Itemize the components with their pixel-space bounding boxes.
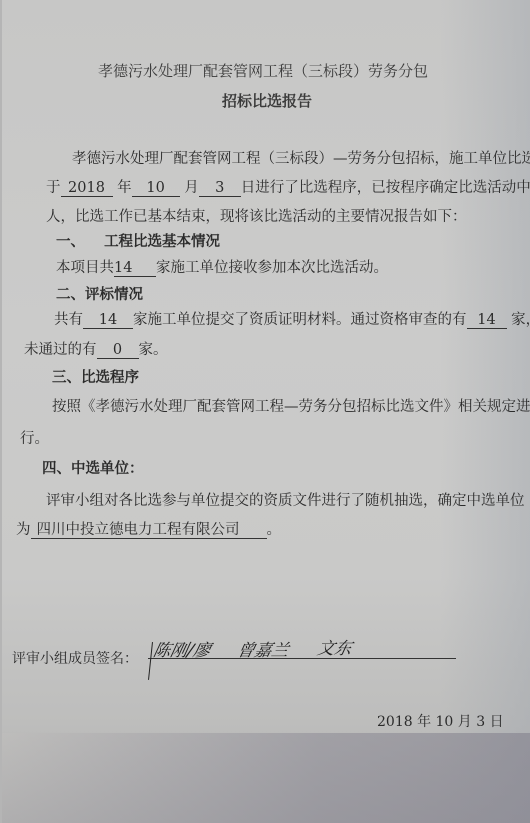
units-invited-count: 14 [114, 260, 156, 277]
section-2-suffix: 家， [511, 312, 530, 328]
intro-line-3: 人，比选工作已基本结束，现将该比选活动的主要情况报告如下： [46, 205, 467, 226]
section-1-prefix: 本项目共 [56, 260, 114, 276]
page-shadow [0, 733, 530, 823]
signature-2: 曾嘉兰 [235, 636, 291, 661]
section-3-heading: 三、比选程序 [52, 366, 139, 387]
section-1-heading: 一、 工程比选基本情况 [56, 230, 220, 251]
year-unit: 年 [117, 180, 132, 196]
section-2-line-1: 共有14家施工单位提交了资质证明材料。通过资格审查的有14 家， [54, 308, 530, 329]
month-unit: 月 [184, 180, 199, 196]
section-3-line-2: 行。 [20, 427, 49, 448]
signature-stroke [148, 642, 153, 680]
signature-3: 文东 [315, 634, 354, 659]
section-2-mid: 家施工单位提交了资质证明材料。通过资格审查的有 [133, 312, 467, 328]
intro-line-2: 于2018 年10 月3日进行了比选程序，已按程序确定比选活动中标 [46, 176, 530, 197]
section-1-text: 本项目共14家施工单位接收参加本次比选活动。 [56, 256, 388, 277]
winner-suffix: 。 [267, 522, 282, 538]
section-3-line-1: 按照《孝德污水处理厂配套管网工程—劳务分包招标比选文件》相关规定进 [52, 395, 530, 416]
document-subtitle: 招标比选报告 [222, 90, 312, 111]
section-4-heading: 四、中选单位： [42, 457, 144, 478]
intro-prefix: 于 [46, 180, 61, 196]
intro-line-1: 孝德污水处理厂配套管网工程（三标段）—劳务分包招标，施工单位比选 [72, 147, 530, 168]
section-2-heading: 二、评标情况 [56, 283, 143, 304]
signature-1: 陈刚/廖 [151, 636, 213, 661]
winner-prefix: 为 [16, 522, 31, 538]
intro-line-2-suffix: 日进行了比选程序，已按程序确定比选活动中标 [241, 180, 530, 196]
section-4-line-1: 评审小组对各比选参与单位提交的资质文件进行了随机抽选，确定中选单位 [46, 489, 525, 510]
section-2-prefix: 共有 [54, 312, 83, 328]
page-edge [0, 0, 2, 823]
report-date: 2018 年 10 月 3 日 [377, 711, 504, 731]
winning-company: 四川中投立德电力工程有限公司 [31, 522, 267, 539]
date-year-field: 2018 [61, 180, 113, 197]
section-4-line-2: 为四川中投立德电力工程有限公司。 [16, 518, 281, 539]
section-1-number: 一、 [56, 233, 85, 250]
failed-count: 0 [97, 342, 139, 359]
document-title: 孝德污水处理厂配套管网工程（三标段）劳务分包 [98, 60, 428, 81]
section-1-title: 工程比选基本情况 [104, 233, 220, 250]
failed-prefix: 未通过的有 [24, 342, 97, 358]
section-2-line-2: 未通过的有0家。 [24, 338, 168, 359]
section-1-suffix: 家施工单位接收参加本次比选活动。 [156, 260, 388, 276]
submitted-count: 14 [83, 312, 133, 329]
signature-label: 评审小组成员签名： [12, 648, 138, 668]
failed-suffix: 家。 [139, 342, 168, 358]
date-month-field: 10 [132, 180, 180, 197]
passed-count: 14 [467, 312, 507, 329]
date-day-field: 3 [199, 180, 241, 197]
